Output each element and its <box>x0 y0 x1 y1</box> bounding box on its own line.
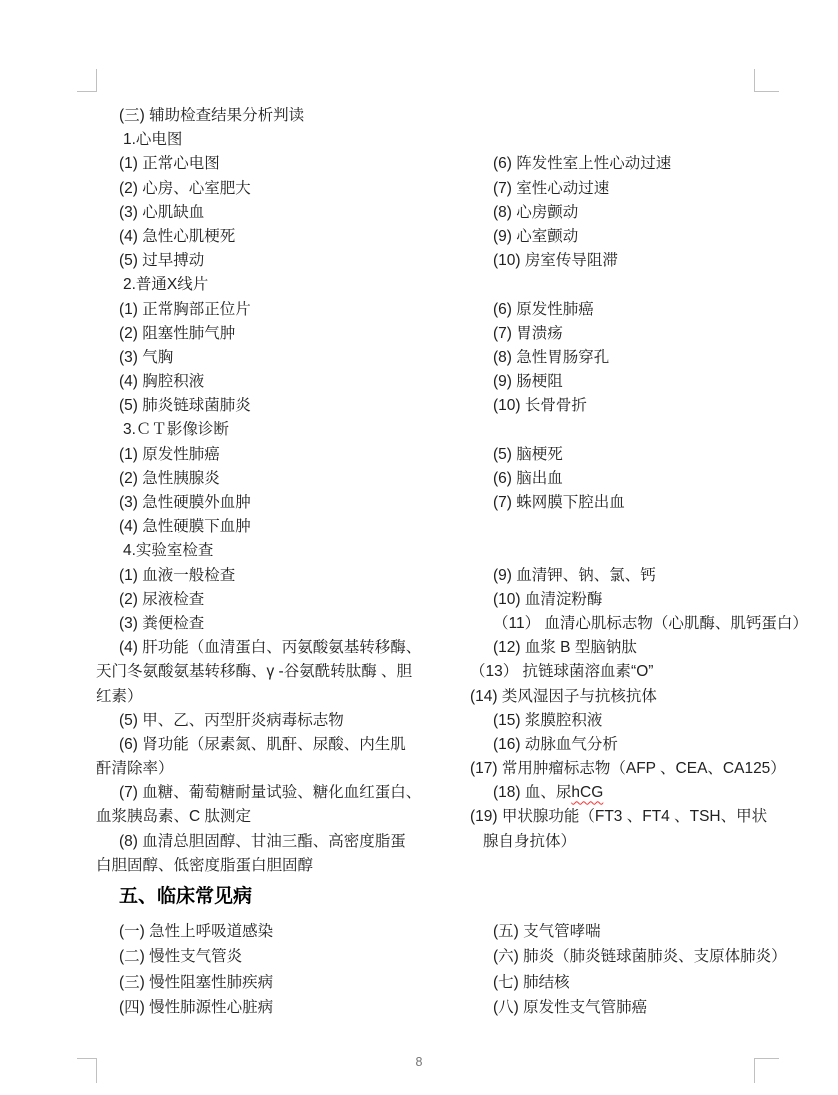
left-column-line: (一) 急性上呼吸道感染 <box>96 919 483 944</box>
right-column-line: (五) 支气管哮喘 <box>483 919 758 944</box>
right-column-line: (9) 心室颤动 <box>483 225 758 249</box>
right-column-line: (8) 急性胃肠穿孔 <box>483 346 758 370</box>
right-column-line: (6) 脑出血 <box>483 467 758 491</box>
left-column-line: (5) 肺炎链球菌肺炎 <box>96 394 483 418</box>
text-row: (4) 急性心肌梗死 (9) 心室颤动 <box>96 225 758 249</box>
right-column-line <box>483 515 758 539</box>
left-column-line: (2) 急性胰腺炎 <box>96 467 483 491</box>
left-column-line: 3.ＣＴ影像诊断 <box>96 418 487 442</box>
left-column-line: 酐清除率） <box>96 757 460 781</box>
left-column-line: 天门冬氨酸氨基转移酶、γ -谷氨酰转肽酶 、胆 <box>96 660 460 684</box>
text-row: 白胆固醇、低密度脂蛋白胆固醇 <box>96 854 758 878</box>
left-column-line: (2) 阻塞性肺气肿 <box>96 322 483 346</box>
right-column-line: (6) 原发性肺癌 <box>483 298 758 322</box>
document-content: (三) 辅助检查结果分析判读 1.心电图 (1) 正常心电图 (6) 阵发性室上… <box>96 104 758 1021</box>
left-column-line: (5) 过早搏动 <box>96 249 483 273</box>
common-diseases-list: (一) 急性上呼吸道感染 (五) 支气管哮喘 (二) 慢性支气管炎 (六) 肺炎… <box>96 919 758 1021</box>
text-row: 酐清除率） (17) 常用肿瘤标志物（AFP 、CEA、CA125） <box>96 757 758 781</box>
text-row: (7) 血糖、葡萄糖耐量试验、糖化血红蛋白、 (18) 血、尿hCG <box>96 781 758 805</box>
left-column-line: (1) 原发性肺癌 <box>96 443 483 467</box>
text-row: (二) 慢性支气管炎 (六) 肺炎（肺炎链球菌肺炎、支原体肺炎） <box>96 944 758 969</box>
right-column-line: (8) 心房颤动 <box>483 201 758 225</box>
right-column-line: （13） 抗链球菌溶血素“O” <box>460 660 758 684</box>
right-column-line: 腺自身抗体） <box>483 830 758 854</box>
crop-mark-top-right-icon <box>754 69 779 92</box>
left-column-line: (1) 正常胸部正位片 <box>96 298 483 322</box>
right-column-line: (八) 原发性支气管肺癌 <box>483 995 758 1020</box>
left-column-line: (5) 甲、乙、丙型肝炎病毒标志物 <box>96 709 483 733</box>
text-row: (1) 正常心电图 (6) 阵发性室上性心动过速 <box>96 152 758 176</box>
left-column-line: (二) 慢性支气管炎 <box>96 944 483 969</box>
text-row: (2) 阻塞性肺气肿 (7) 胃溃疡 <box>96 322 758 346</box>
right-column-line: (7) 室性心动过速 <box>483 177 758 201</box>
right-column-line: (16) 动脉血气分析 <box>483 733 758 757</box>
text-row: 3.ＣＴ影像诊断 <box>96 418 758 442</box>
right-column-line: （11） 血清心肌标志物（心肌酶、肌钙蛋白） <box>483 612 808 636</box>
right-column-line: (9) 肠梗阻 <box>483 370 758 394</box>
text-row: (6) 肾功能（尿素氮、肌酐、尿酸、内生肌 (16) 动脉血气分析 <box>96 733 758 757</box>
right-column-line <box>487 128 758 152</box>
left-column-line: (8) 血清总胆固醇、甘油三酯、高密度脂蛋 <box>96 830 483 854</box>
crop-mark-top-left-icon <box>77 69 97 92</box>
right-column-line: (6) 阵发性室上性心动过速 <box>483 152 758 176</box>
right-column-line: (7) 蛛网膜下腔出血 <box>483 491 758 515</box>
text-row: (3) 急性硬膜外血肿 (7) 蛛网膜下腔出血 <box>96 491 758 515</box>
text-row: (1) 血液一般检查 (9) 血清钾、钠、氯、钙 <box>96 564 758 588</box>
right-column-line <box>483 104 758 128</box>
left-column-line: (2) 尿液检查 <box>96 588 483 612</box>
text-row: 血浆胰岛素、C 肽测定 (19) 甲状腺功能（FT3 、FT4 、TSH、甲状 <box>96 805 758 829</box>
left-column-line: (7) 血糖、葡萄糖耐量试验、糖化血红蛋白、 <box>96 781 483 805</box>
left-column-line: 2.普通X线片 <box>96 273 487 297</box>
left-column-line: 白胆固醇、低密度脂蛋白胆固醇 <box>96 854 460 878</box>
right-column-line <box>487 273 758 297</box>
text-row: (4) 肝功能（血清蛋白、丙氨酸氨基转移酶、 (12) 血浆 B 型脑钠肽 <box>96 636 758 660</box>
exam-outline-list: (三) 辅助检查结果分析判读 1.心电图 (1) 正常心电图 (6) 阵发性室上… <box>96 104 758 878</box>
right-column-line: (12) 血浆 B 型脑钠肽 <box>483 636 758 660</box>
left-column-line: 血浆胰岛素、C 肽测定 <box>96 805 460 829</box>
left-column-line: (4) 急性心肌梗死 <box>96 225 483 249</box>
text-row: (2) 尿液检查 (10) 血清淀粉酶 <box>96 588 758 612</box>
left-column-line: (1) 血液一般检查 <box>96 564 483 588</box>
right-column-line: (10) 长骨骨折 <box>483 394 758 418</box>
text-row: (一) 急性上呼吸道感染 (五) 支气管哮喘 <box>96 919 758 944</box>
left-column-line: (四) 慢性肺源性心脏病 <box>96 995 483 1020</box>
text-row: 4.实验室检查 <box>96 539 758 563</box>
right-column-line: (5) 脑梗死 <box>483 443 758 467</box>
left-column-line: 4.实验室检查 <box>96 539 487 563</box>
text-row: (2) 心房、心室肥大 (7) 室性心动过速 <box>96 177 758 201</box>
text-row: 2.普通X线片 <box>96 273 758 297</box>
left-column-line: (3) 急性硬膜外血肿 <box>96 491 483 515</box>
text-row: (3) 粪便检查 （11） 血清心肌标志物（心肌酶、肌钙蛋白） <box>96 612 758 636</box>
document-page: (三) 辅助检查结果分析判读 1.心电图 (1) 正常心电图 (6) 阵发性室上… <box>0 0 838 1095</box>
text-row: (5) 甲、乙、丙型肝炎病毒标志物 (15) 浆膜腔积液 <box>96 709 758 733</box>
left-column-line: (3) 粪便检查 <box>96 612 483 636</box>
right-column-line <box>487 539 758 563</box>
left-column-line: (4) 肝功能（血清蛋白、丙氨酸氨基转移酶、 <box>96 636 483 660</box>
text-row: 天门冬氨酸氨基转移酶、γ -谷氨酰转肽酶 、胆 （13） 抗链球菌溶血素“O” <box>96 660 758 684</box>
right-column-line: (14) 类风湿因子与抗核抗体 <box>460 685 758 709</box>
page-number: 8 <box>0 1054 838 1070</box>
left-column-line: (6) 肾功能（尿素氮、肌酐、尿酸、内生肌 <box>96 733 483 757</box>
right-column-line: (9) 血清钾、钠、氯、钙 <box>483 564 758 588</box>
text-row: (8) 血清总胆固醇、甘油三酯、高密度脂蛋 腺自身抗体） <box>96 830 758 854</box>
left-column-line: (三) 慢性阻塞性肺疾病 <box>96 970 483 995</box>
right-column-line: (七) 肺结核 <box>483 970 758 995</box>
right-column-line: (10) 血清淀粉酶 <box>483 588 758 612</box>
text-row: (四) 慢性肺源性心脏病 (八) 原发性支气管肺癌 <box>96 995 758 1020</box>
left-column-line: (1) 正常心电图 <box>96 152 483 176</box>
left-column-line: (3) 气胸 <box>96 346 483 370</box>
right-column-line: (10) 房室传导阻滞 <box>483 249 758 273</box>
right-column-line: (7) 胃溃疡 <box>483 322 758 346</box>
right-column-line: (15) 浆膜腔积液 <box>483 709 758 733</box>
text-row: (1) 原发性肺癌 (5) 脑梗死 <box>96 443 758 467</box>
left-column-line: (4) 急性硬膜下血肿 <box>96 515 483 539</box>
spellcheck-underline: hCG <box>571 784 603 801</box>
left-column-line: 1.心电图 <box>96 128 487 152</box>
text-row: (4) 胸腔积液 (9) 肠梗阻 <box>96 370 758 394</box>
left-column-line: (4) 胸腔积液 <box>96 370 483 394</box>
text-row: (3) 气胸 (8) 急性胃肠穿孔 <box>96 346 758 370</box>
right-column-line: (17) 常用肿瘤标志物（AFP 、CEA、CA125） <box>460 757 786 781</box>
section-heading: 五、临床常见病 <box>96 884 758 910</box>
text-row: (1) 正常胸部正位片 (6) 原发性肺癌 <box>96 298 758 322</box>
right-column-line <box>460 854 758 878</box>
text-row: (5) 肺炎链球菌肺炎 (10) 长骨骨折 <box>96 394 758 418</box>
left-column-line: (3) 心肌缺血 <box>96 201 483 225</box>
text-row: 红素） (14) 类风湿因子与抗核抗体 <box>96 685 758 709</box>
left-column-line: 红素） <box>96 685 460 709</box>
right-column-line: (六) 肺炎（肺炎链球菌肺炎、支原体肺炎） <box>483 944 787 969</box>
text-row: 1.心电图 <box>96 128 758 152</box>
left-column-line: (2) 心房、心室肥大 <box>96 177 483 201</box>
right-column-line: (18) 血、尿hCG <box>483 781 758 805</box>
text-row: (5) 过早搏动 (10) 房室传导阻滞 <box>96 249 758 273</box>
text-row: (3) 心肌缺血 (8) 心房颤动 <box>96 201 758 225</box>
right-column-line <box>487 418 758 442</box>
text-row: (三) 辅助检查结果分析判读 <box>96 104 758 128</box>
text-row: (2) 急性胰腺炎 (6) 脑出血 <box>96 467 758 491</box>
left-column-line: (三) 辅助检查结果分析判读 <box>96 104 483 128</box>
right-column-line: (19) 甲状腺功能（FT3 、FT4 、TSH、甲状 <box>460 805 767 829</box>
text-row: (三) 慢性阻塞性肺疾病 (七) 肺结核 <box>96 970 758 995</box>
text-row: (4) 急性硬膜下血肿 <box>96 515 758 539</box>
